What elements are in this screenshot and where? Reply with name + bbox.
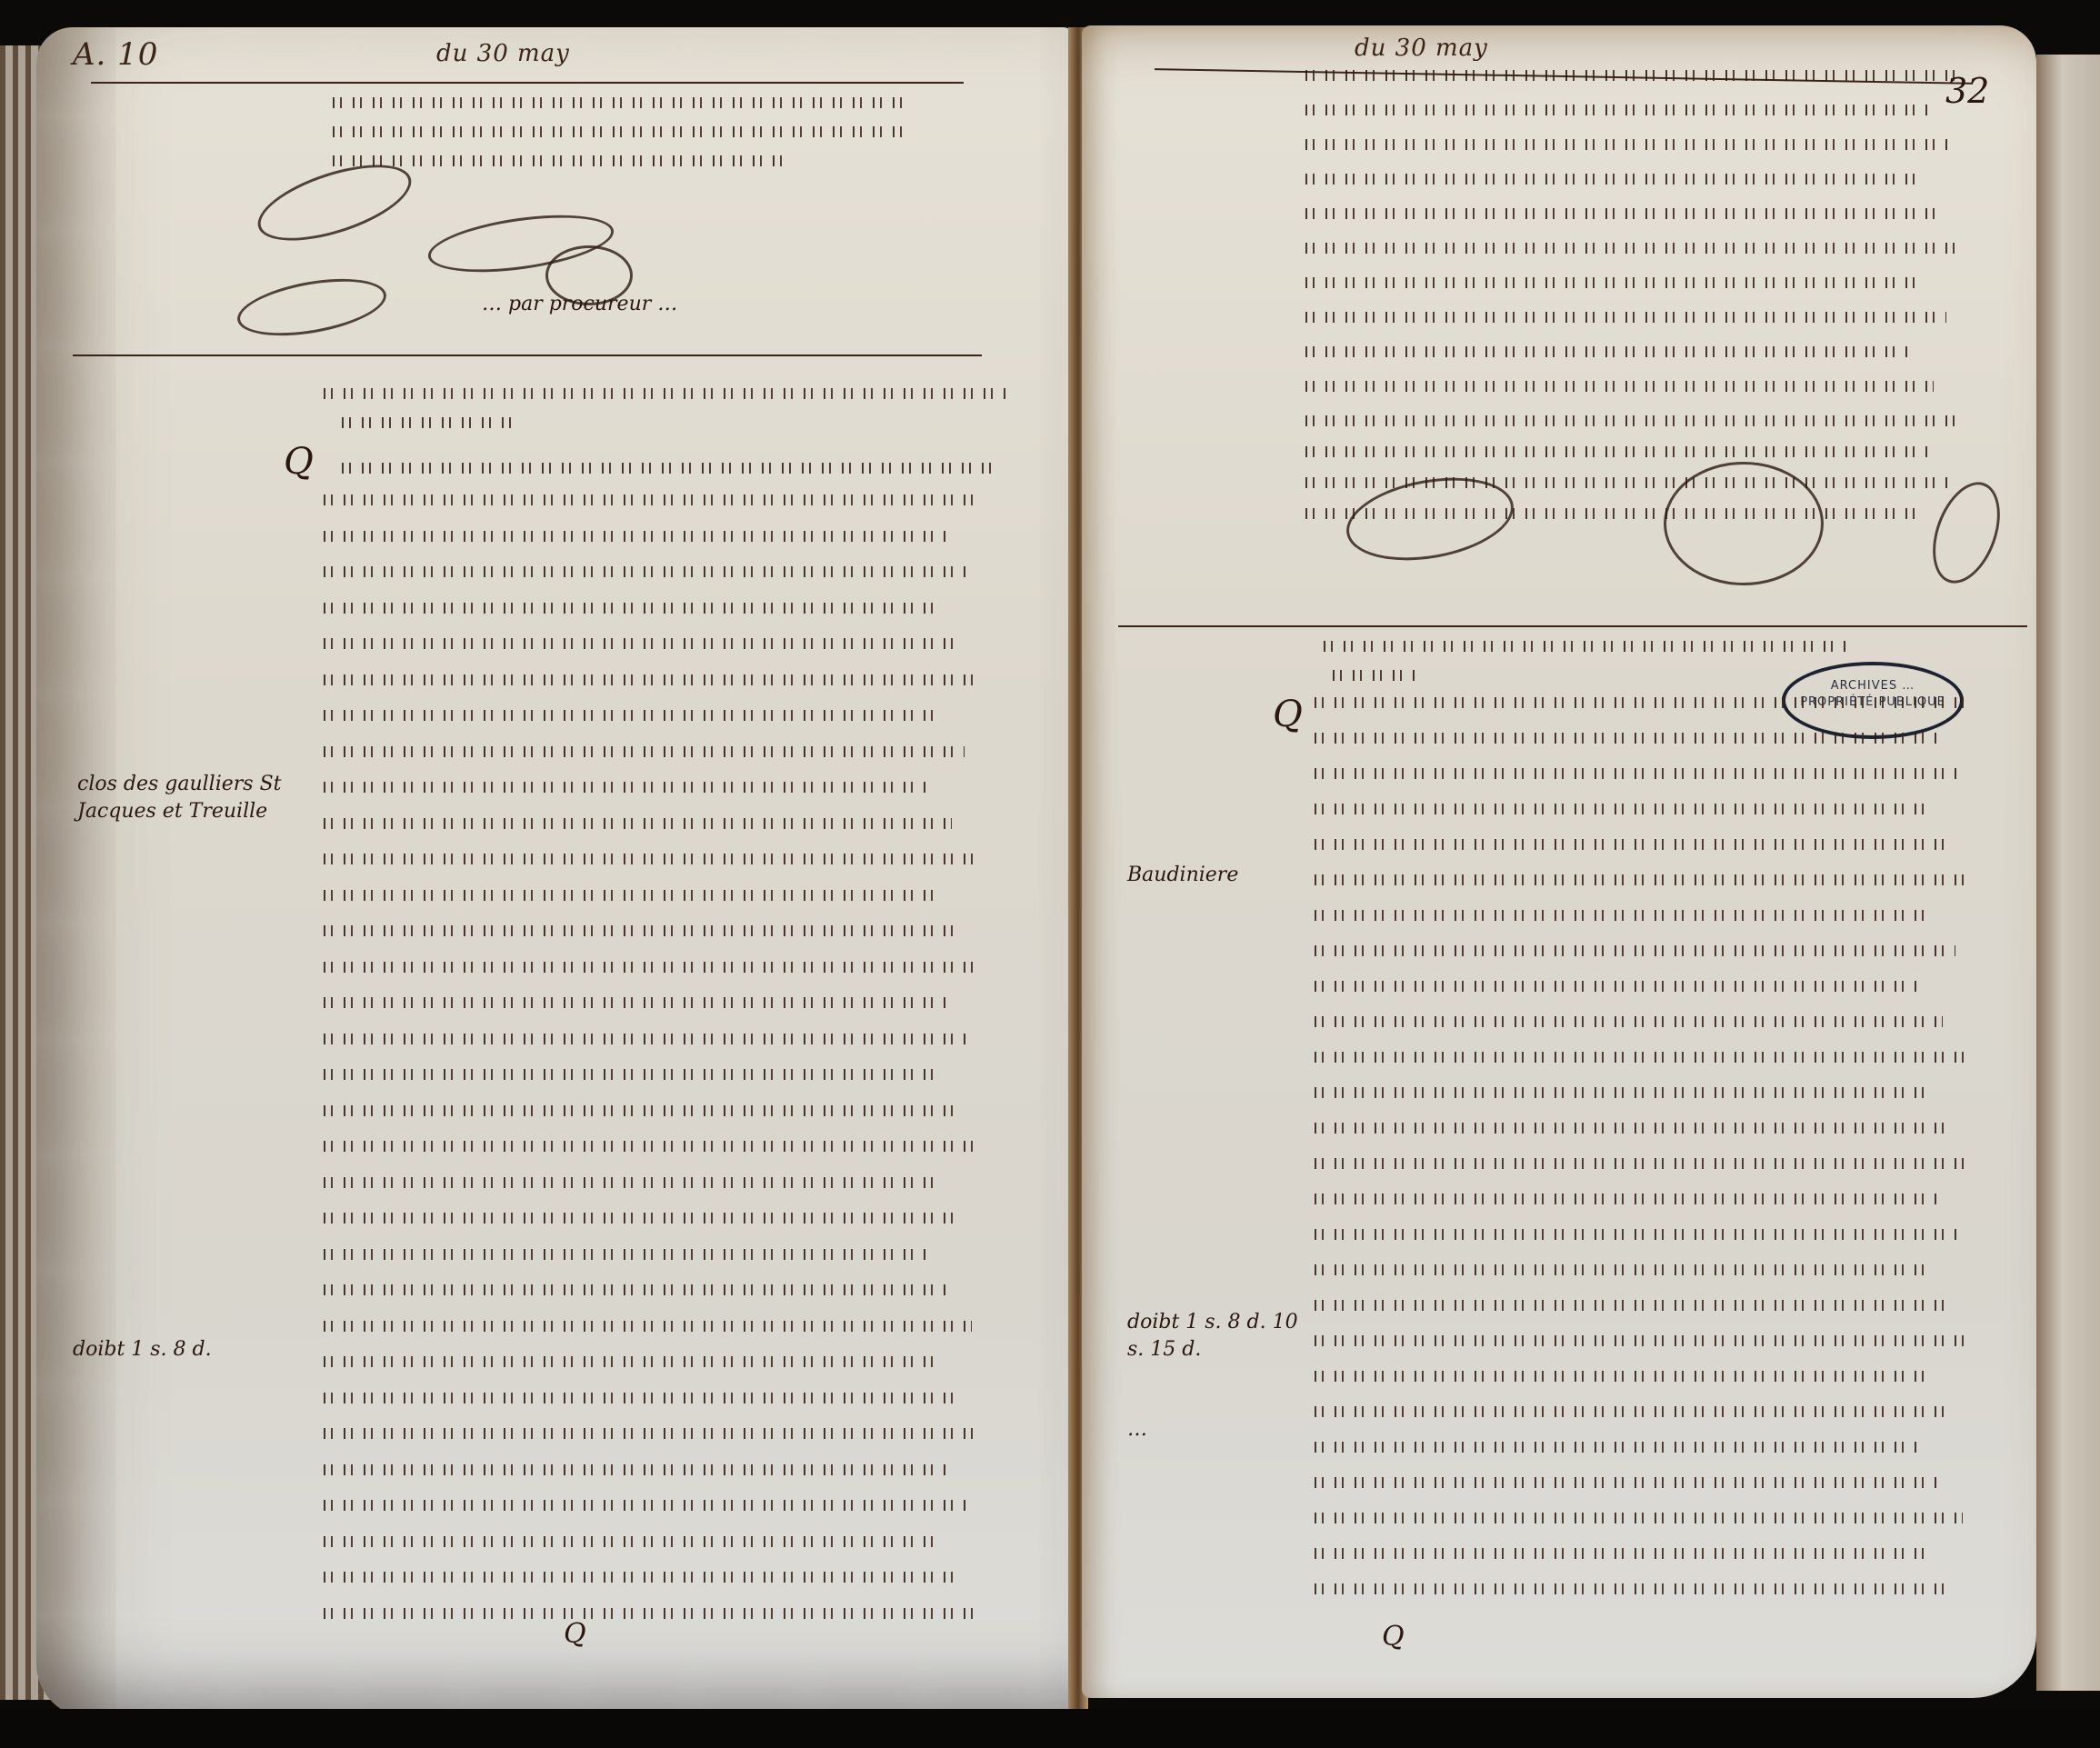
text-line xyxy=(1309,1079,1930,1106)
corner-marks: A. 10 xyxy=(73,36,158,73)
text-line xyxy=(318,1600,975,1627)
text-line xyxy=(318,989,947,1016)
open-register-book: A. 10 du 30 may … par procureur … Q clos… xyxy=(0,0,2100,1748)
text-line xyxy=(318,1241,930,1268)
text-line xyxy=(318,1384,959,1412)
text-line xyxy=(318,1025,968,1053)
end-mark: Q xyxy=(1382,1621,1405,1653)
text-line xyxy=(1309,866,1968,894)
text-line xyxy=(1309,1327,1967,1354)
text-line xyxy=(1309,1469,1942,1496)
next-page-edge xyxy=(2036,55,2100,1691)
text-line xyxy=(318,738,965,765)
text-line xyxy=(318,1563,955,1591)
text-line xyxy=(1300,338,1913,365)
text-line xyxy=(318,954,981,981)
margin-note-1: Baudiniere xyxy=(1127,862,1238,889)
entry-heading-line xyxy=(1327,662,1418,689)
text-line xyxy=(1300,269,1925,296)
text-line xyxy=(1309,760,1960,787)
text-line xyxy=(1300,96,1930,124)
text-line xyxy=(318,810,952,837)
text-line xyxy=(1300,165,1917,193)
text-line xyxy=(318,917,960,944)
text-line xyxy=(318,1348,938,1375)
margin-note-3: … xyxy=(1127,1416,1147,1443)
text-line xyxy=(318,594,935,622)
signature-3 xyxy=(233,269,390,345)
text-line xyxy=(1309,1185,1938,1213)
entry-heading-line xyxy=(318,380,1009,407)
entry-title-line xyxy=(336,454,991,482)
text-line xyxy=(318,1169,943,1196)
text-line xyxy=(1309,973,1922,1000)
text-line xyxy=(1309,937,1955,964)
text-line xyxy=(1300,200,1938,227)
left-page: A. 10 du 30 may … par procureur … Q clos… xyxy=(36,27,1073,1718)
entry-marker: Q xyxy=(284,441,314,483)
section-rule xyxy=(73,355,982,356)
text-line xyxy=(1309,1363,1934,1390)
text-line xyxy=(1309,1540,1929,1567)
margin-note-2: doibt 1 s. 8 d. xyxy=(73,1336,212,1363)
text-line xyxy=(1309,724,1939,752)
text-line xyxy=(318,1061,935,1088)
text-line xyxy=(1300,373,1934,400)
entry-heading-line xyxy=(336,409,518,436)
text-line xyxy=(318,1528,934,1555)
entry-heading-line xyxy=(1318,633,1845,660)
text-line xyxy=(1309,1398,1955,1425)
text-line xyxy=(318,1133,976,1160)
text-line xyxy=(318,486,982,514)
text-line xyxy=(1300,304,1946,331)
text-line xyxy=(1309,1292,1946,1319)
end-mark: Q xyxy=(564,1618,586,1650)
text-line xyxy=(318,882,939,909)
text-line xyxy=(1309,795,1926,823)
text-line xyxy=(327,118,909,145)
text-line xyxy=(1300,438,1930,465)
right-page: du 30 may 32 ARCHIVES … PROPRIÉTÉ PUBLIQ… xyxy=(1082,25,2036,1698)
text-line xyxy=(1300,407,1964,435)
text-line xyxy=(1309,1008,1943,1035)
header-rule xyxy=(91,82,964,84)
signature-note: … par procureur … xyxy=(482,291,677,318)
margin-note-2: doibt 1 s. 8 d. 10 s. 15 d. xyxy=(1127,1309,1309,1363)
text-line xyxy=(318,1420,980,1447)
text-line xyxy=(318,774,931,801)
entry-marker: Q xyxy=(1273,694,1303,735)
text-line xyxy=(318,1276,951,1304)
text-line xyxy=(318,702,944,729)
text-line xyxy=(1309,1433,1921,1461)
text-line xyxy=(318,523,948,550)
text-line xyxy=(1309,902,1935,929)
text-line xyxy=(1309,1504,1963,1532)
text-line xyxy=(1300,235,1959,262)
text-line xyxy=(1309,1575,1950,1603)
text-line xyxy=(318,630,956,657)
text-line xyxy=(318,1492,967,1519)
text-line xyxy=(318,1313,972,1340)
running-header: du 30 may xyxy=(1355,35,1488,62)
background-shadow xyxy=(0,1709,2100,1748)
text-line xyxy=(1309,689,1973,716)
text-line xyxy=(318,1456,946,1483)
running-header: du 30 may xyxy=(436,40,570,67)
text-line xyxy=(1309,1256,1925,1284)
text-line xyxy=(327,89,909,116)
signature-2 xyxy=(1664,462,1824,585)
text-line xyxy=(1309,1044,1964,1071)
text-line xyxy=(1309,1150,1972,1177)
section-rule xyxy=(1118,625,2027,627)
text-line xyxy=(318,1204,964,1232)
text-line xyxy=(1309,1114,1951,1142)
text-line xyxy=(1309,831,1947,858)
text-line xyxy=(1300,62,1964,89)
text-line xyxy=(318,1097,955,1124)
text-line xyxy=(318,558,969,585)
text-line xyxy=(1300,131,1951,158)
text-line xyxy=(318,666,977,694)
text-line xyxy=(318,845,973,873)
text-line xyxy=(1309,1221,1959,1248)
margin-note-1: clos des gaulliers St Jacques et Treuill… xyxy=(77,771,286,825)
